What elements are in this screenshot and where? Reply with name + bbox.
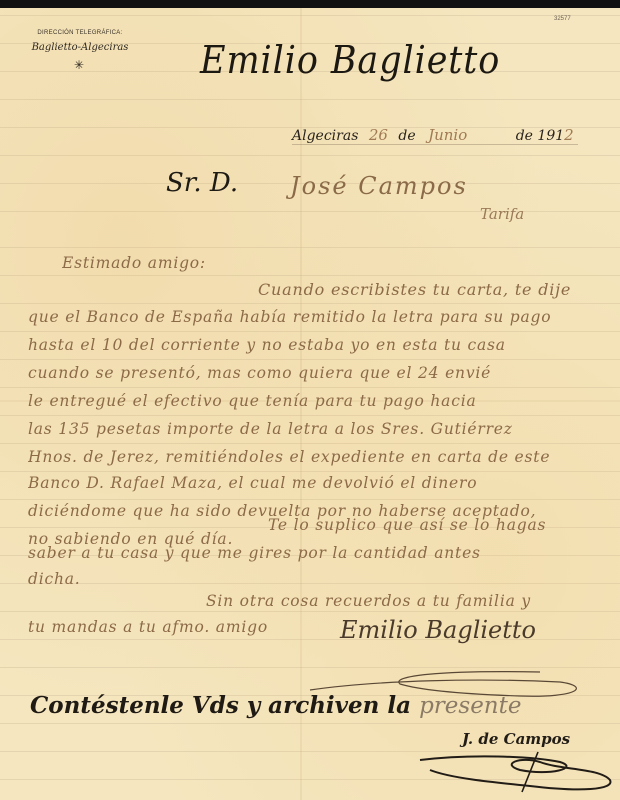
salutation-title: Sr. D. (166, 168, 238, 198)
body-line: tu mandas a tu afmo. amigo (28, 618, 328, 636)
telegraph-label: DIRECCIÓN TELEGRÁFICA: (30, 30, 130, 36)
body-line: las 135 pesetas importe de la letra a lo… (28, 420, 608, 438)
body-line: Hnos. de Jerez, remitiéndoles el expedie… (28, 448, 608, 466)
signature: Emilio Baglietto (340, 616, 536, 644)
letterhead-name: Emilio Baglietto (200, 38, 500, 82)
body-line: Cuando escribistes tu carta, te dije (258, 280, 620, 299)
body-line: hasta el 10 del corriente y no estaba yo… (28, 336, 608, 354)
recipient-city: Tarifa (480, 205, 524, 223)
date-month: Junio (420, 126, 511, 144)
body-line: Sin otra cosa recuerdos a tu familia y (206, 592, 606, 610)
body-line: que el Banco de España había remitido la… (28, 308, 608, 326)
body-line: saber a tu casa y que me gires por la ca… (28, 544, 608, 562)
date-place: Algeciras (292, 128, 358, 144)
recipient-name: José Campos (290, 172, 468, 200)
body-line: Banco D. Rafael Maza, el cual me devolvi… (28, 474, 608, 492)
date-year-digit: 2 (564, 126, 578, 144)
date-day: 26 (363, 126, 394, 144)
annotation-signature: J. de Campos (462, 730, 570, 748)
archive-annotation: Contéstenle Vds y archiven la presente (30, 692, 521, 719)
body-line: Estimado amigo: (62, 254, 620, 272)
body-line: le entregué el efectivo que tenía para t… (28, 392, 608, 410)
annotation-flourish-icon (410, 748, 620, 798)
date-year-prefix: de 191 (516, 128, 564, 144)
annotation-text-faded: presente (419, 693, 521, 719)
date-de: de (398, 128, 415, 144)
telegraph-address: Baglietto-Algeciras (24, 42, 136, 53)
ornament-icon: ✳ (74, 58, 84, 72)
body-line: Te lo suplico que así se lo hagas (268, 516, 608, 534)
document-number: 32577 (554, 16, 571, 22)
body-line: dicha. (28, 570, 608, 588)
annotation-text: Contéstenle Vds y archiven la (30, 692, 411, 719)
date-line: Algeciras 26 de Junio de 1912 (292, 126, 578, 145)
body-line: cuando se presentó, mas como quiera que … (28, 364, 608, 382)
